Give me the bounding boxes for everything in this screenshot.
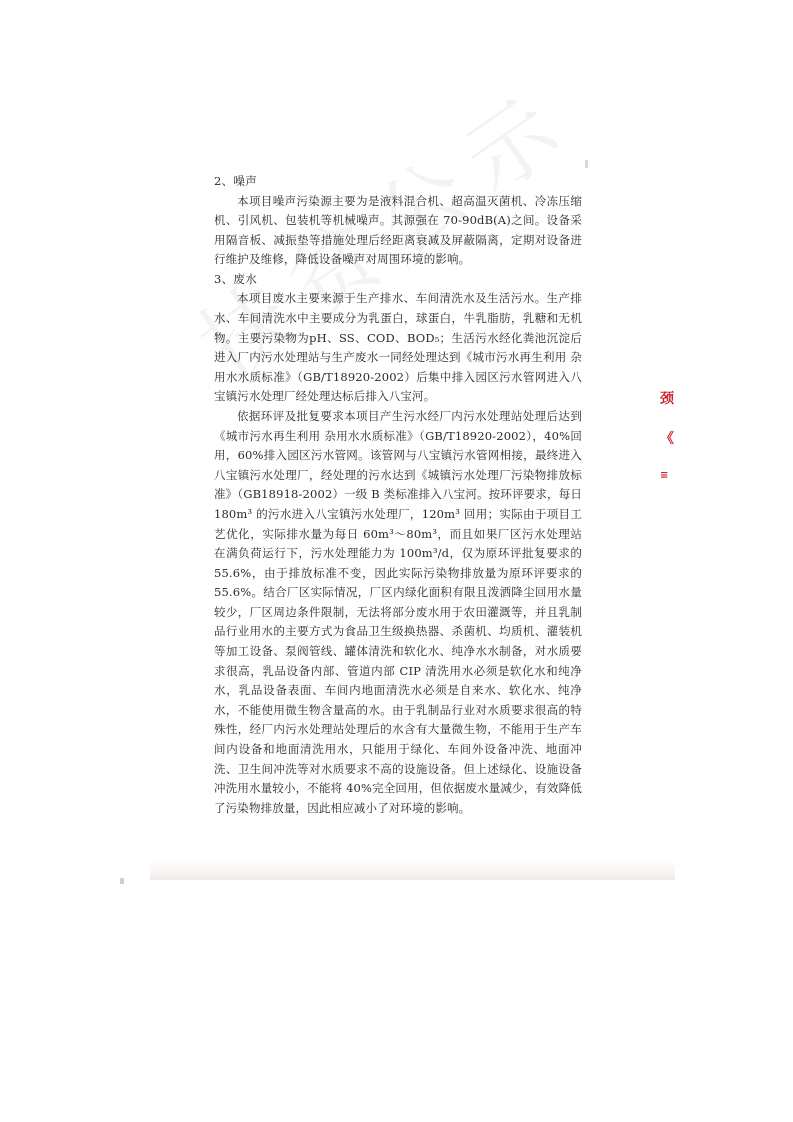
section-heading-wastewater: 3、废水 xyxy=(214,270,582,290)
stamp-glyph: ≡ xyxy=(660,470,668,481)
paragraph-noise: 本项目噪声污染源主要为是液料混合机、超高温灭菌机、冷冻压缩机、引风机、包装机等机… xyxy=(214,192,582,270)
red-stamp-fragment: 颈 《 ≡ xyxy=(660,388,678,488)
scan-artifact-top xyxy=(585,160,588,168)
paragraph-wastewater-treatment: 依据环评及批复要求本项目产生污水经厂内污水处理站处理后达到《城市污水再生利用 杂… xyxy=(214,407,582,818)
scan-artifact-mark xyxy=(120,878,124,884)
stamp-glyph: 颈 xyxy=(660,388,674,408)
paragraph-wastewater-sources: 本项目废水主要来源于生产排水、车间清洗水及生活污水。生产排水、车间清洗水中主要成… xyxy=(214,289,582,407)
scan-artifact-bottom xyxy=(150,860,675,880)
document-page: 2、噪声 本项目噪声污染源主要为是液料混合机、超高温灭菌机、冷冻压缩机、引风机、… xyxy=(214,172,582,818)
section-heading-noise: 2、噪声 xyxy=(214,172,582,192)
stamp-glyph: 《 xyxy=(660,428,674,448)
